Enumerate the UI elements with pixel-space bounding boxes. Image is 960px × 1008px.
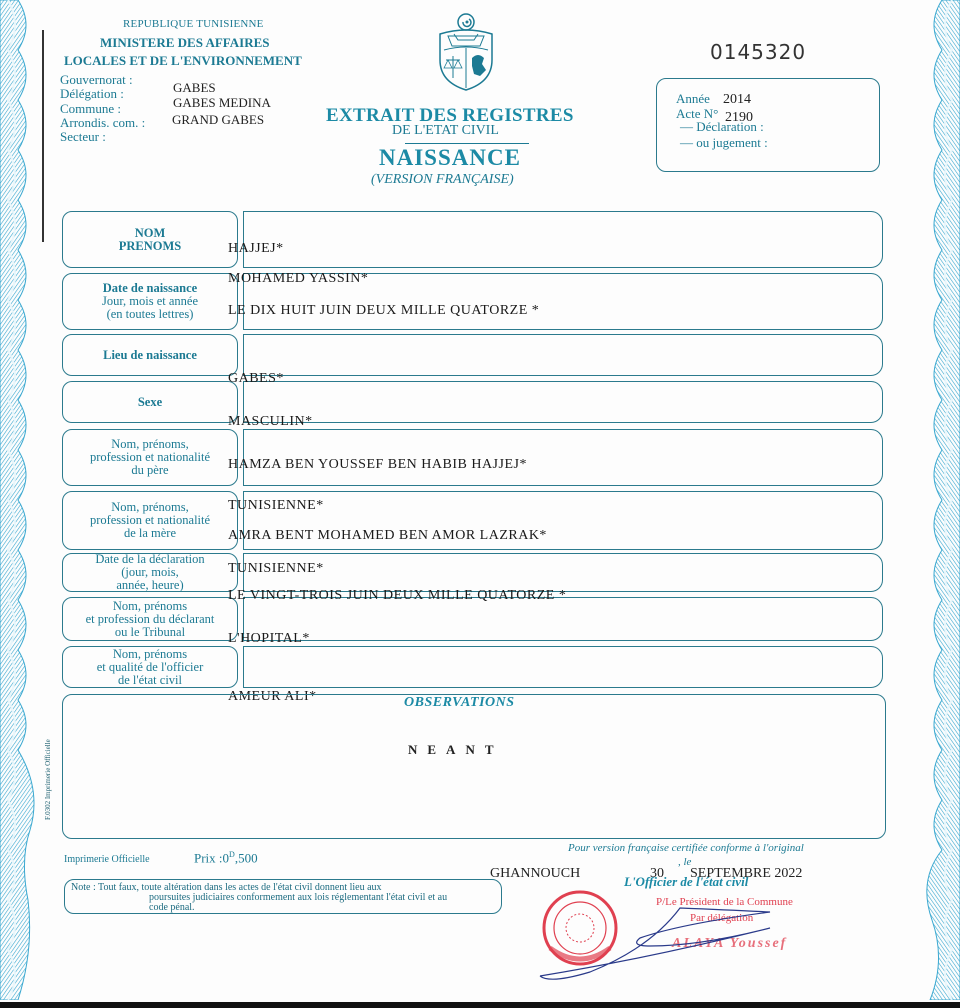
- date-naissance-value: LE DIX HUIT JUIN DEUX MILLE QUATORZE *: [228, 303, 539, 319]
- row-label-text: Nom, prénoms: [86, 600, 215, 613]
- gouvernorat-value: GABES: [173, 81, 216, 95]
- row-label-box: Date de la déclaration(jour, mois,année,…: [62, 553, 238, 592]
- arrondissement-label: Arrondis. com. :: [60, 116, 145, 130]
- jugement-label: — ou jugement :: [680, 135, 768, 151]
- pere-nationalite-value: TUNISIENNE*: [228, 498, 324, 514]
- declarant-value: L'HOPITAL*: [228, 631, 310, 647]
- margin-rule: [42, 30, 44, 242]
- prenoms-value: MOHAMED YASSIN*: [228, 271, 368, 287]
- price-label: Prix :: [194, 850, 223, 865]
- serial-number: 0145320: [710, 40, 806, 64]
- row-label-text: (en toutes lettres): [102, 308, 198, 321]
- secteur-label: Secteur :: [60, 130, 106, 144]
- row-label-text: année, heure): [95, 579, 204, 592]
- tunisia-coat-of-arms-icon: [434, 12, 498, 92]
- row-label-box: NOMPRENOMS: [62, 211, 238, 268]
- note-line2: poursuites judiciaires conformement aux …: [71, 893, 497, 903]
- row-label-box: Lieu de naissance: [62, 334, 238, 376]
- document-type: NAISSANCE: [379, 145, 521, 171]
- delegation-label: Délégation :: [60, 87, 124, 101]
- scan-edge: [0, 1002, 960, 1008]
- row-label-text: de l'état civil: [97, 674, 204, 687]
- title-line2: DE L'ETAT CIVIL: [392, 123, 499, 139]
- row-label-text: et qualité de l'officier: [97, 661, 204, 674]
- issue-place: GHANNOUCH: [490, 866, 580, 882]
- observations-box: [62, 694, 886, 839]
- delegation-value: GABES MEDINA: [173, 96, 271, 110]
- republic-label: REPUBLIQUE TUNISIENNE: [123, 18, 264, 30]
- mere-nationalite-value: TUNISIENNE*: [228, 561, 324, 577]
- row-label-text: Nom, prénoms: [97, 648, 204, 661]
- imprint-code: F.0302 Imprimerie Officielle: [44, 739, 52, 820]
- price-dec: ,500: [235, 850, 258, 865]
- certification-text: Pour version française certifiée conform…: [568, 842, 804, 854]
- version-label: (VERSION FRANÇAISE): [371, 172, 514, 188]
- row-value-box: [243, 646, 883, 688]
- row-label-text: ou le Tribunal: [86, 626, 215, 639]
- row-label-text: Lieu de naissance: [103, 349, 197, 362]
- row-label-box: Nom, prénoms,profession et nationalitédu…: [62, 429, 238, 486]
- mere-value: AMRA BENT MOHAMED BEN AMOR LAZRAK*: [228, 528, 547, 544]
- row-label-text: NOM: [119, 227, 182, 240]
- row-label-box: Nom, prénomset qualité de l'officierde l…: [62, 646, 238, 688]
- annee-label: Année: [676, 91, 710, 107]
- note-line3: code pénal.: [71, 903, 497, 913]
- row-value-box: [243, 553, 883, 592]
- ministry-line2: LOCALES ET DE L'ENVIRONNEMENT: [64, 53, 302, 69]
- guilloche-border-left: [0, 0, 44, 1000]
- title-divider: [405, 143, 529, 144]
- lieu-naissance-value: GABES*: [228, 371, 284, 387]
- signature-icon: [530, 888, 830, 983]
- ministry-line1: MINISTERE DES AFFAIRES: [100, 35, 270, 51]
- row-value-box: [243, 381, 883, 423]
- observations-value: NEANT: [408, 742, 504, 758]
- price: Prix :0D,500: [194, 850, 258, 866]
- arrondissement-value: GRAND GABES: [172, 113, 264, 127]
- row-value-box: [243, 334, 883, 376]
- observations-title: OBSERVATIONS: [404, 695, 515, 711]
- gouvernorat-label: Gouvernorat :: [60, 73, 133, 87]
- commune-label: Commune :: [60, 102, 121, 116]
- annee-value: 2014: [723, 92, 751, 108]
- row-label-text: de la mère: [90, 527, 210, 540]
- row-label-text: du père: [90, 464, 210, 477]
- row-label-text: Sexe: [138, 396, 162, 409]
- nom-value: HAJJEJ*: [228, 241, 284, 257]
- declaration-label: — Déclaration :: [680, 119, 764, 135]
- row-label-text: PRENOMS: [119, 240, 182, 253]
- imprimerie-label: Imprimerie Officielle: [64, 854, 150, 865]
- guilloche-border-right: [916, 0, 960, 1000]
- row-label-box: Date de naissanceJour, mois et année(en …: [62, 273, 238, 330]
- row-label-text: et profession du déclarant: [86, 613, 215, 626]
- sexe-value: MASCULIN*: [228, 414, 313, 430]
- row-label-box: Nom, prénomset profession du déclarantou…: [62, 597, 238, 641]
- row-value-box: [243, 211, 883, 268]
- legal-note: Note : Tout faux, toute altération dans …: [64, 879, 502, 914]
- pere-value: HAMZA BEN YOUSSEF BEN HABIB HAJJEJ*: [228, 457, 527, 473]
- row-label-box: Nom, prénoms,profession et nationalitéde…: [62, 491, 238, 550]
- row-label-box: Sexe: [62, 381, 238, 423]
- date-declaration-value: LE VINGT-TROIS JUIN DEUX MILLE QUATORZE …: [228, 588, 566, 604]
